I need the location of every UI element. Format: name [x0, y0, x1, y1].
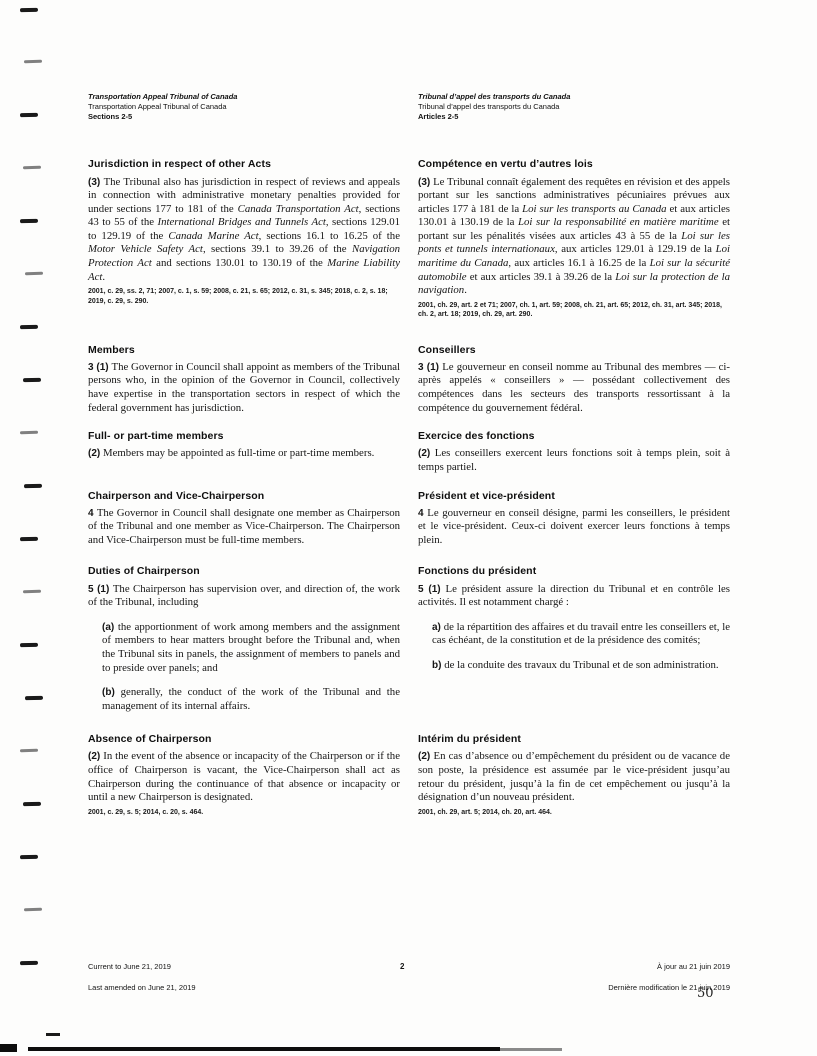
- paragraph-fr: (3) Le Tribunal connaît également des re…: [418, 176, 730, 298]
- section-absence-fr: Intérim du président (2) En cas d’absenc…: [418, 733, 730, 817]
- section-heading-en: Duties of Chairperson: [88, 565, 400, 578]
- historical-citation-en: 2001, c. 29, s. 5; 2014, c. 20, s. 464.: [88, 808, 400, 817]
- section-duties: Duties of Chairperson 5 (1) The Chairper…: [88, 565, 730, 713]
- historical-citation-fr: 2001, ch. 29, art. 5; 2014, ch. 20, art.…: [418, 808, 730, 817]
- section-fulltime-en: Full- or part-time members (2) Members m…: [88, 430, 400, 474]
- page-number: 2: [400, 963, 404, 971]
- section-duties-en: Duties of Chairperson 5 (1) The Chairper…: [88, 565, 400, 713]
- scan-artifact-bar: [28, 1047, 500, 1051]
- binding-mark: [24, 484, 42, 488]
- paragraph-en: (3) The Tribunal also has jurisdiction i…: [88, 176, 400, 285]
- section-jurisdiction: Jurisdiction in respect of other Acts (3…: [88, 158, 730, 319]
- paragraph-fr: 3 (1) Le gouverneur en conseil nomme au …: [418, 361, 730, 415]
- binding-mark: [20, 537, 38, 541]
- running-header-fr: Tribunal d’appel des transports du Canad…: [418, 92, 730, 122]
- running-header-en: Transportation Appeal Tribunal of Canada…: [88, 92, 400, 122]
- section-heading-en: Full- or part-time members: [88, 430, 400, 443]
- header-title-fr: Tribunal d’appel des transports du Canad…: [418, 102, 730, 112]
- section-jurisdiction-fr: Compétence en vertu d’autres lois (3) Le…: [418, 158, 730, 319]
- section-heading-en: Members: [88, 344, 400, 357]
- header-title-en: Transportation Appeal Tribunal of Canada: [88, 102, 400, 112]
- binding-mark: [24, 908, 42, 911]
- paragraph-en: (2) In the event of the absence or incap…: [88, 750, 400, 804]
- footer-a-jour: À jour au 21 juin 2019: [608, 963, 730, 971]
- paragraph-fr: 4 Le gouverneur en conseil désigne, parm…: [418, 507, 730, 548]
- section-absence-en: Absence of Chairperson (2) In the event …: [88, 733, 400, 817]
- section-heading-fr: Conseillers: [418, 344, 730, 357]
- paragraph-fr: (2) En cas d’absence ou d’empêchement du…: [418, 750, 730, 804]
- section-heading-fr: Président et vice-président: [418, 490, 730, 503]
- section-jurisdiction-en: Jurisdiction in respect of other Acts (3…: [88, 158, 400, 319]
- binding-mark: [20, 219, 38, 223]
- clause-b-fr: b) de la conduite des travaux du Tribuna…: [432, 659, 730, 673]
- paragraph-en: 4 The Governor in Council shall designat…: [88, 507, 400, 548]
- header-sections-range-en: Sections 2-5: [88, 112, 400, 122]
- clause-a-en: (a) the apportionment of work among memb…: [102, 621, 400, 675]
- binding-mark: [20, 113, 38, 117]
- binding-mark: [23, 166, 41, 169]
- section-members: Members 3 (1) The Governor in Council sh…: [88, 344, 730, 416]
- binding-mark: [20, 855, 38, 859]
- section-chairperson: Chairperson and Vice-Chairperson 4 The G…: [88, 490, 730, 548]
- binding-mark: [23, 802, 41, 806]
- page-content: Transportation Appeal Tribunal of Canada…: [88, 92, 730, 817]
- section-chairperson-fr: Président et vice-président 4 Le gouvern…: [418, 490, 730, 548]
- section-chairperson-en: Chairperson and Vice-Chairperson 4 The G…: [88, 490, 400, 548]
- footer-currency-en: Current to June 21, 2019 Last amended on…: [88, 963, 196, 991]
- section-heading-en: Absence of Chairperson: [88, 733, 400, 746]
- binding-mark: [20, 961, 38, 965]
- section-heading-fr: Intérim du président: [418, 733, 730, 746]
- paragraph-en: 5 (1) The Chairperson has supervision ov…: [88, 583, 400, 610]
- binding-mark: [23, 378, 41, 382]
- historical-citation-fr: 2001, ch. 29, art. 2 et 71; 2007, ch. 1,…: [418, 301, 730, 320]
- handwritten-page-stamp: 50: [697, 986, 714, 1001]
- historical-citation-en: 2001, c. 29, ss. 2, 71; 2007, c. 1, s. 5…: [88, 287, 400, 306]
- scan-artifact-dash: [46, 1033, 60, 1036]
- binding-mark: [20, 325, 38, 329]
- header-title-italic-en: Transportation Appeal Tribunal of Canada: [88, 92, 400, 102]
- section-heading-fr: Exercice des fonctions: [418, 430, 730, 443]
- footer-last-amended: Last amended on June 21, 2019: [88, 984, 196, 992]
- header-sections-range-fr: Articles 2-5: [418, 112, 730, 122]
- binding-mark: [25, 272, 43, 275]
- paragraph-en: 3 (1) The Governor in Council shall appo…: [88, 361, 400, 415]
- section-absence: Absence of Chairperson (2) In the event …: [88, 733, 730, 817]
- section-heading-en: Jurisdiction in respect of other Acts: [88, 158, 400, 171]
- section-members-en: Members 3 (1) The Governor in Council sh…: [88, 344, 400, 416]
- section-duties-fr: Fonctions du président 5 (1) Le présiden…: [418, 565, 730, 713]
- paragraph-en: (2) Members may be appointed as full-tim…: [88, 447, 400, 461]
- section-heading-fr: Fonctions du président: [418, 565, 730, 578]
- binding-mark: [25, 696, 43, 700]
- header-title-italic-fr: Tribunal d’appel des transports du Canad…: [418, 92, 730, 102]
- binding-mark: [23, 590, 41, 593]
- clause-a-fr: a) de la répartition des affaires et du …: [432, 621, 730, 648]
- running-header: Transportation Appeal Tribunal of Canada…: [88, 92, 730, 122]
- scan-artifact-blob: [0, 1044, 17, 1052]
- scan-artifact-bar-fade: [500, 1048, 562, 1051]
- clause-b-en: (b) generally, the conduct of the work o…: [102, 686, 400, 713]
- section-members-fr: Conseillers 3 (1) Le gouverneur en conse…: [418, 344, 730, 416]
- section-fulltime-fr: Exercice des fonctions (2) Les conseille…: [418, 430, 730, 474]
- binding-mark: [20, 749, 38, 752]
- binding-mark: [20, 643, 38, 647]
- paragraph-fr: (2) Les conseillers exercent leurs fonct…: [418, 447, 730, 474]
- binding-mark: [20, 431, 38, 434]
- binding-mark: [24, 60, 42, 63]
- section-heading-fr: Compétence en vertu d’autres lois: [418, 158, 730, 171]
- binding-mark: [20, 8, 38, 12]
- paragraph-fr: 5 (1) Le président assure la direction d…: [418, 583, 730, 610]
- footer-current-to: Current to June 21, 2019: [88, 963, 196, 971]
- section-fulltime: Full- or part-time members (2) Members m…: [88, 430, 730, 474]
- document-page: Transportation Appeal Tribunal of Canada…: [0, 0, 817, 1056]
- section-heading-en: Chairperson and Vice-Chairperson: [88, 490, 400, 503]
